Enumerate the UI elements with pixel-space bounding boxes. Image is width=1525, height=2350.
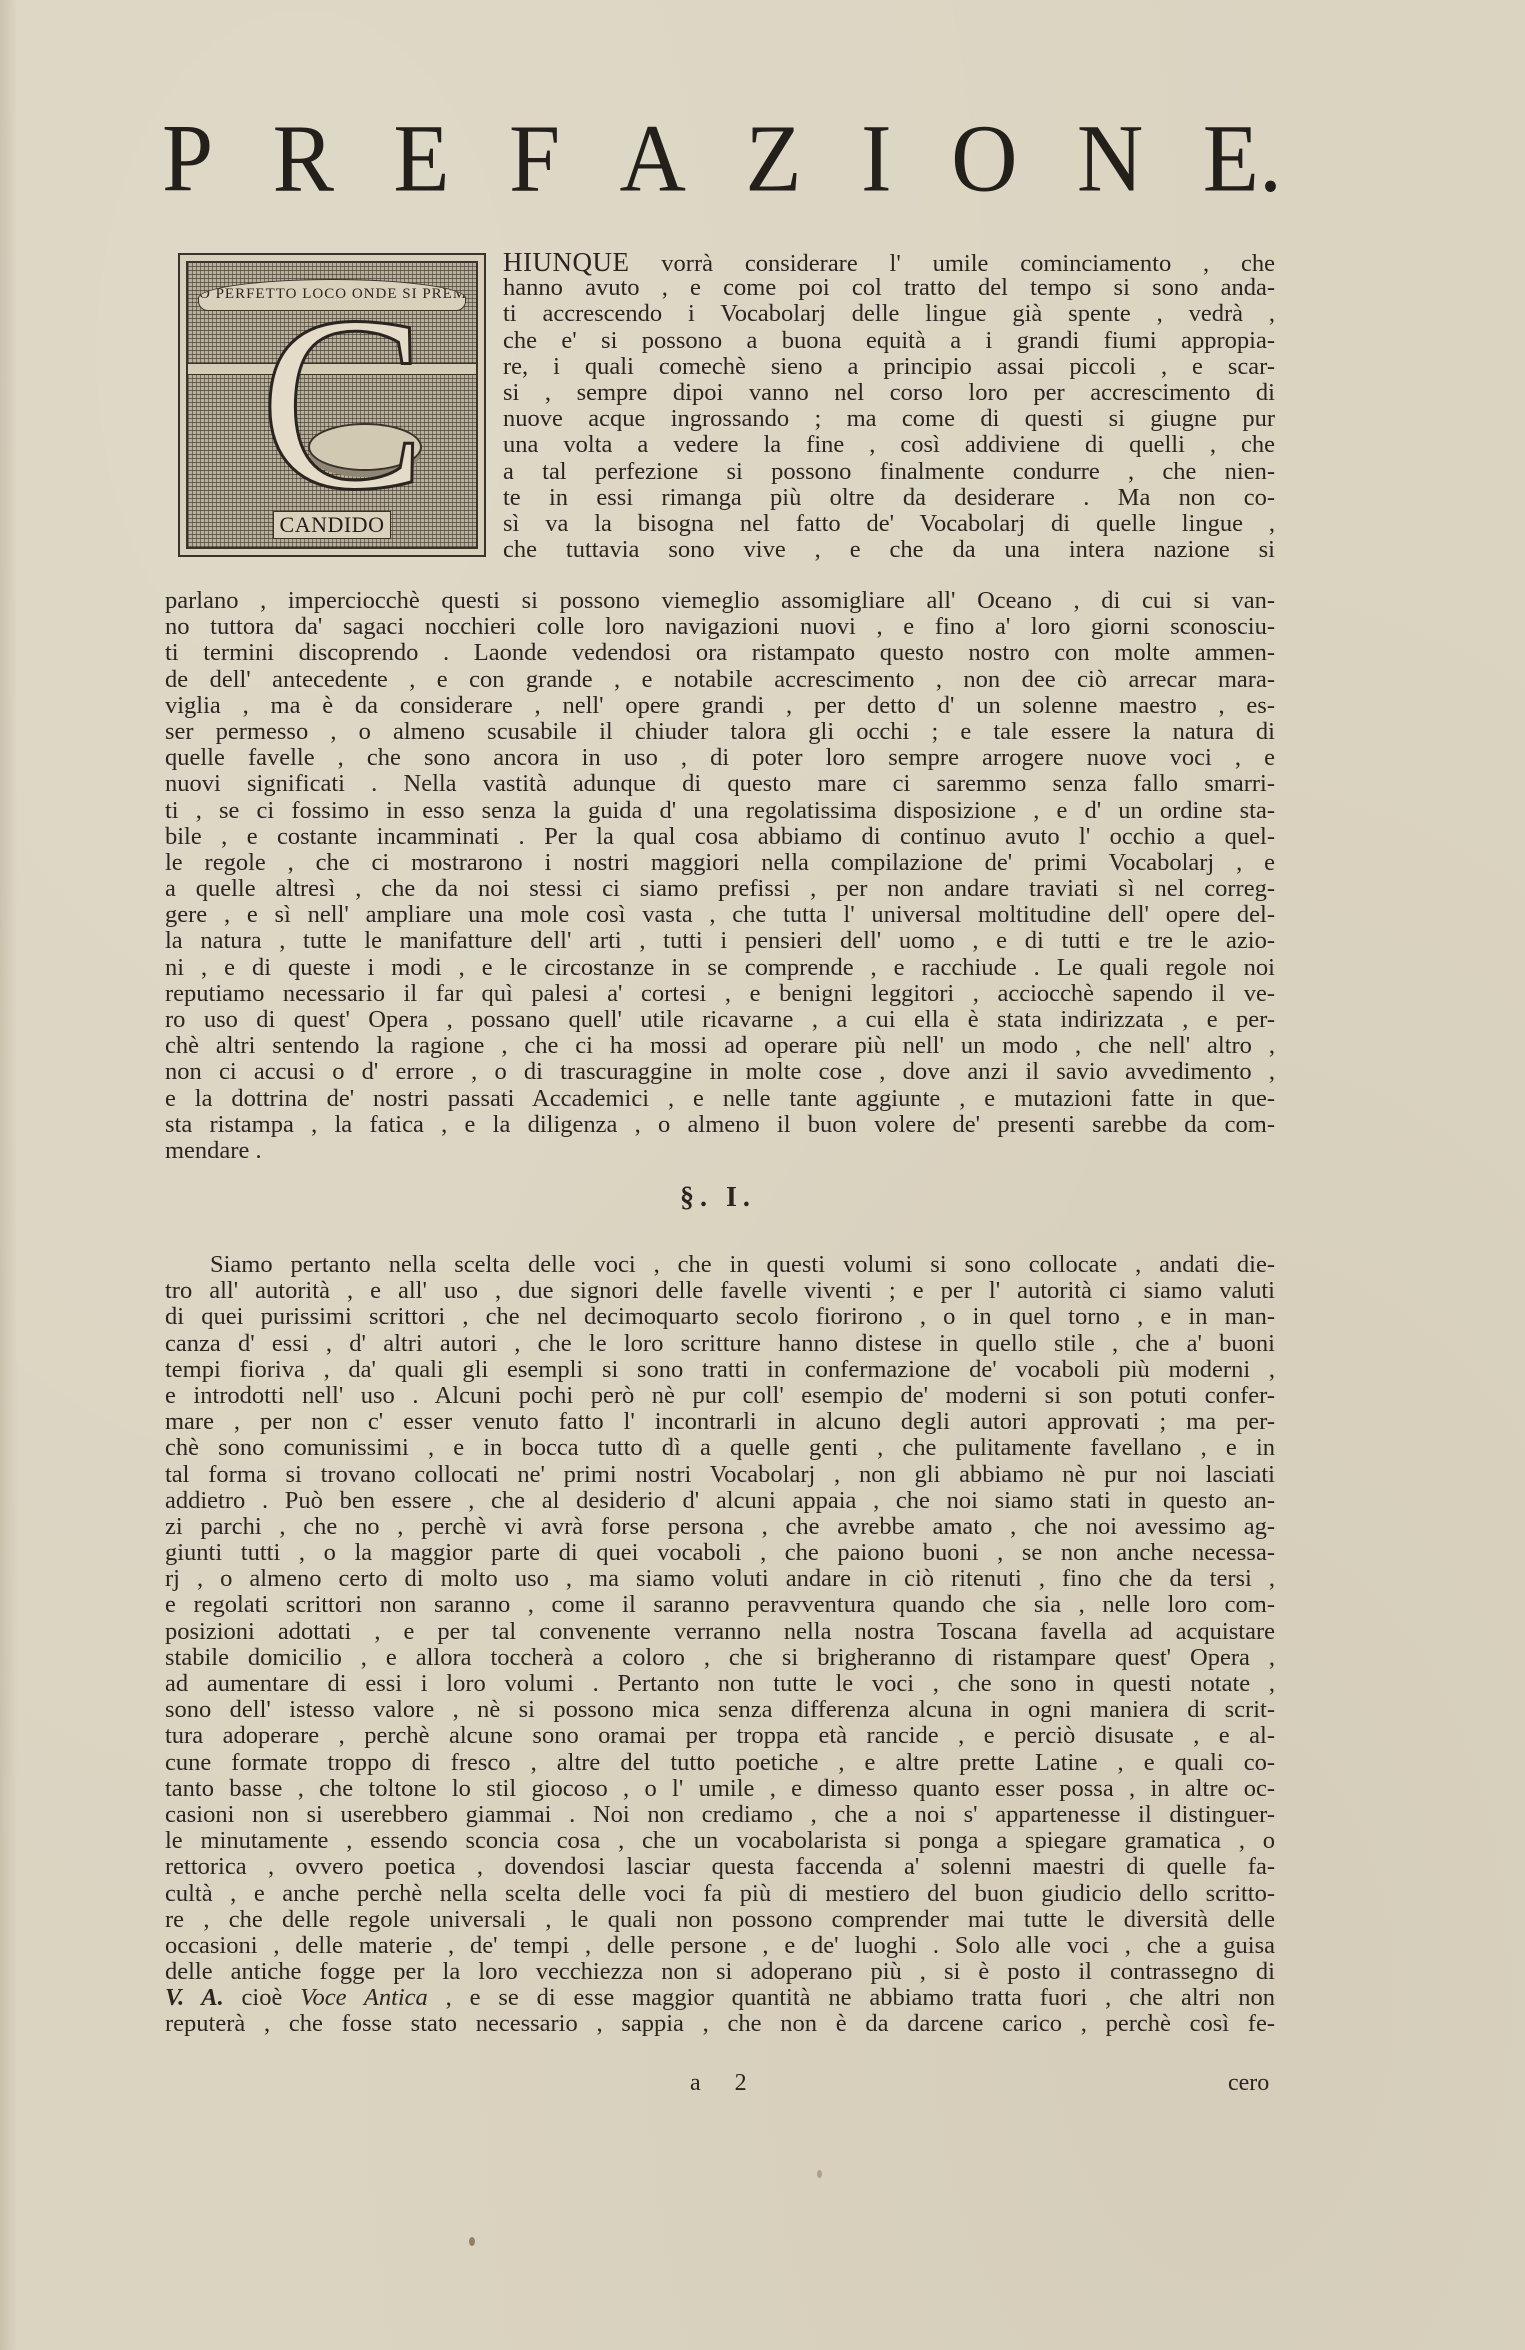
text-line: stabile domicilio , e allora toccherà a … — [165, 1645, 1275, 1671]
text-line: sta ristampa , la fatica , e la diligenz… — [165, 1112, 1275, 1138]
initial-letter: C — [248, 299, 438, 509]
text-line: sono dell' istesso valore , nè si posson… — [165, 1697, 1275, 1723]
text-line: mare , per non c' esser venuto fatto l' … — [165, 1409, 1275, 1435]
text-line: ad aumentare di essi i loro volumi . Per… — [165, 1671, 1275, 1697]
text-line: le minutamente , essendo sconcia cosa , … — [165, 1828, 1275, 1854]
text-line: Siamo pertanto nella scelta delle voci ,… — [165, 1252, 1275, 1278]
opening-word: HIUNQUE — [503, 247, 629, 277]
text-line: cune formate troppo di fresco , altre de… — [165, 1750, 1275, 1776]
text-line: canza d' essi , d' altri autori , che le… — [165, 1331, 1275, 1357]
text-line: tal forma si trovano collocati ne' primi… — [165, 1462, 1275, 1488]
text-line: parlano , imperciocchè questi si possono… — [165, 588, 1275, 614]
text-line: che e' si possono a buona equità a i gra… — [503, 328, 1275, 354]
text-line: re , che delle regole universali , le qu… — [165, 1907, 1275, 1933]
text-line: e la dottrina de' nostri passati Accadem… — [165, 1086, 1275, 1112]
title-letter: F — [509, 110, 560, 207]
title-letter: I — [861, 110, 892, 207]
title-letter: P — [162, 110, 213, 207]
text-line: ro uso di quest' Opera , possano quell' … — [165, 1007, 1275, 1033]
text-line: chè sono comunissimi , e in bocca tutto … — [165, 1435, 1275, 1461]
text-line: ti termini discoprendo . Laonde vedendos… — [165, 640, 1275, 666]
text-line: tanto basse , che toltone lo stil giocos… — [165, 1776, 1275, 1802]
text-line: una volta a vedere la fine , così addivi… — [503, 432, 1275, 458]
text-line: di quei purissimi scrittori , che nel de… — [165, 1304, 1275, 1330]
text-line: hanno avuto , e come poi col tratto del … — [503, 275, 1275, 301]
text-line: tura adoperare , perchè alcune sono oram… — [165, 1723, 1275, 1749]
title-letter: O — [951, 110, 1017, 207]
text-line: le regole , che ci mostrarono i nostri m… — [165, 850, 1275, 876]
text-line: viglia , ma è da considerare , nell' ope… — [165, 693, 1275, 719]
text-line: rettorica , ovvero poetica , dovendosi l… — [165, 1854, 1275, 1880]
text-line: chè altri sentendo la ragione , che ci h… — [165, 1033, 1275, 1059]
text-line: quelle favelle , che sono ancora in uso … — [165, 745, 1275, 771]
text-line: ti accrescendo i Vocabolarj delle lingue… — [503, 301, 1275, 327]
text-line: tempi fioriva , da' quali gli esempli si… — [165, 1357, 1275, 1383]
text-line: che tuttavia sono vive , e che da una in… — [503, 537, 1275, 563]
title-letter: N — [1077, 110, 1143, 207]
title-letter: R — [273, 110, 334, 207]
text-line: casioni non si userebbero giammai . Noi … — [165, 1802, 1275, 1828]
title-letter: Z — [745, 110, 801, 207]
text-line: no tuttora da' sagaci nocchieri colle lo… — [165, 614, 1275, 640]
text-line: nuovi significati . Nella vastità adunqu… — [165, 771, 1275, 797]
italic-term: Voce Antica — [300, 1984, 428, 2011]
text-line: rj , o almeno certo di molto uso , ma si… — [165, 1566, 1275, 1592]
text-line: e introdotti nell' uso . Alcuni pochi pe… — [165, 1383, 1275, 1409]
text-line: a tal perfezione si possono finalmente c… — [503, 459, 1275, 485]
text-line: zi parchi , che no , perchè vi avrà fors… — [165, 1514, 1275, 1540]
decorated-initial: O PERFETTO LOCO ONDE SI PREM C CANDIDO — [178, 253, 486, 557]
text-line: ti , se ci fossimo in esso senza la guid… — [165, 798, 1275, 824]
text-line: nuove acque ingrossando ; ma come di que… — [503, 406, 1275, 432]
text-line: la natura , tutte le manifatture dell' a… — [165, 928, 1275, 954]
text-line: posizioni adottati , e per tal convenent… — [165, 1619, 1275, 1645]
text-line: sì va la bisogna nel fatto de' Vocabolar… — [503, 511, 1275, 537]
book-page: P R E F A Z I O N E. O PERFETTO LOCO OND… — [0, 0, 1525, 2350]
text-line: e regolati scrittori non saranno , come … — [165, 1592, 1275, 1618]
text-line: re, i quali comechè sieno a principio as… — [503, 354, 1275, 380]
title-letter: E. — [1203, 110, 1282, 207]
text-line: HIUNQUE vorrà considerare l' umile comin… — [503, 249, 1275, 275]
text-line: delle antiche fogge per la loro vecchiez… — [165, 1959, 1275, 1985]
section-1-paragraph: Siamo pertanto nella scelta delle voci ,… — [165, 1252, 1275, 2038]
spine-shadow — [0, 0, 18, 2350]
caption-label: CANDIDO — [273, 511, 392, 539]
text-line: ser permesso , o almeno scusabile il chi… — [165, 719, 1275, 745]
opening-paragraph-column: HIUNQUE vorrà considerare l' umile comin… — [503, 249, 1275, 563]
foxing-spot — [817, 2170, 822, 2178]
text-line: ni , e di queste i modi , e le circostan… — [165, 955, 1275, 981]
signature-mark: a 2 — [690, 2070, 761, 2097]
text-line: te in essi rimanga più oltre da desidera… — [503, 485, 1275, 511]
text-line: reputiamo necessario il far quì palesi a… — [165, 981, 1275, 1007]
initial-caption: CANDIDO — [188, 511, 476, 539]
text-line: addietro . Può ben essere , che al desid… — [165, 1488, 1275, 1514]
section-heading: §. I. — [680, 1182, 756, 1214]
engraving: O PERFETTO LOCO ONDE SI PREM C CANDIDO — [186, 261, 478, 549]
catchword: cero — [1228, 2070, 1269, 2097]
text-line: occasioni , delle materie , de' tempi , … — [165, 1933, 1275, 1959]
text-line: mendare . — [165, 1138, 1275, 1164]
text-line: cultà , e anche perchè nella scelta dell… — [165, 1881, 1275, 1907]
text-line: tro all' autorità , e all' uso , due sig… — [165, 1278, 1275, 1304]
opening-paragraph-continued: parlano , imperciocchè questi si possono… — [165, 588, 1275, 1164]
text-line: de dell' antecedente , e con grande , e … — [165, 667, 1275, 693]
abbreviation: V. A. — [165, 1984, 224, 2011]
text-line: a quelle altresì , che da noi stessi ci … — [165, 876, 1275, 902]
text-line: V. A. cioè Voce Antica , e se di esse ma… — [165, 1985, 1275, 2011]
title-letter: E — [393, 110, 449, 207]
text-line: gere , e sì nell' ampliare una mole così… — [165, 902, 1275, 928]
text-line: non ci accusi o d' errore , o di trascur… — [165, 1059, 1275, 1085]
page-title: P R E F A Z I O N E. — [162, 110, 1282, 207]
title-letter: A — [620, 110, 686, 207]
foxing-spot — [469, 2237, 475, 2246]
text-line: reputerà , che fosse stato necessario , … — [165, 2011, 1275, 2037]
text-line: giunti tutti , o la maggior parte di que… — [165, 1540, 1275, 1566]
text-line: bile , e costante incamminati . Per la q… — [165, 824, 1275, 850]
text-line: si , sempre dipoi vanno nel corso loro p… — [503, 380, 1275, 406]
